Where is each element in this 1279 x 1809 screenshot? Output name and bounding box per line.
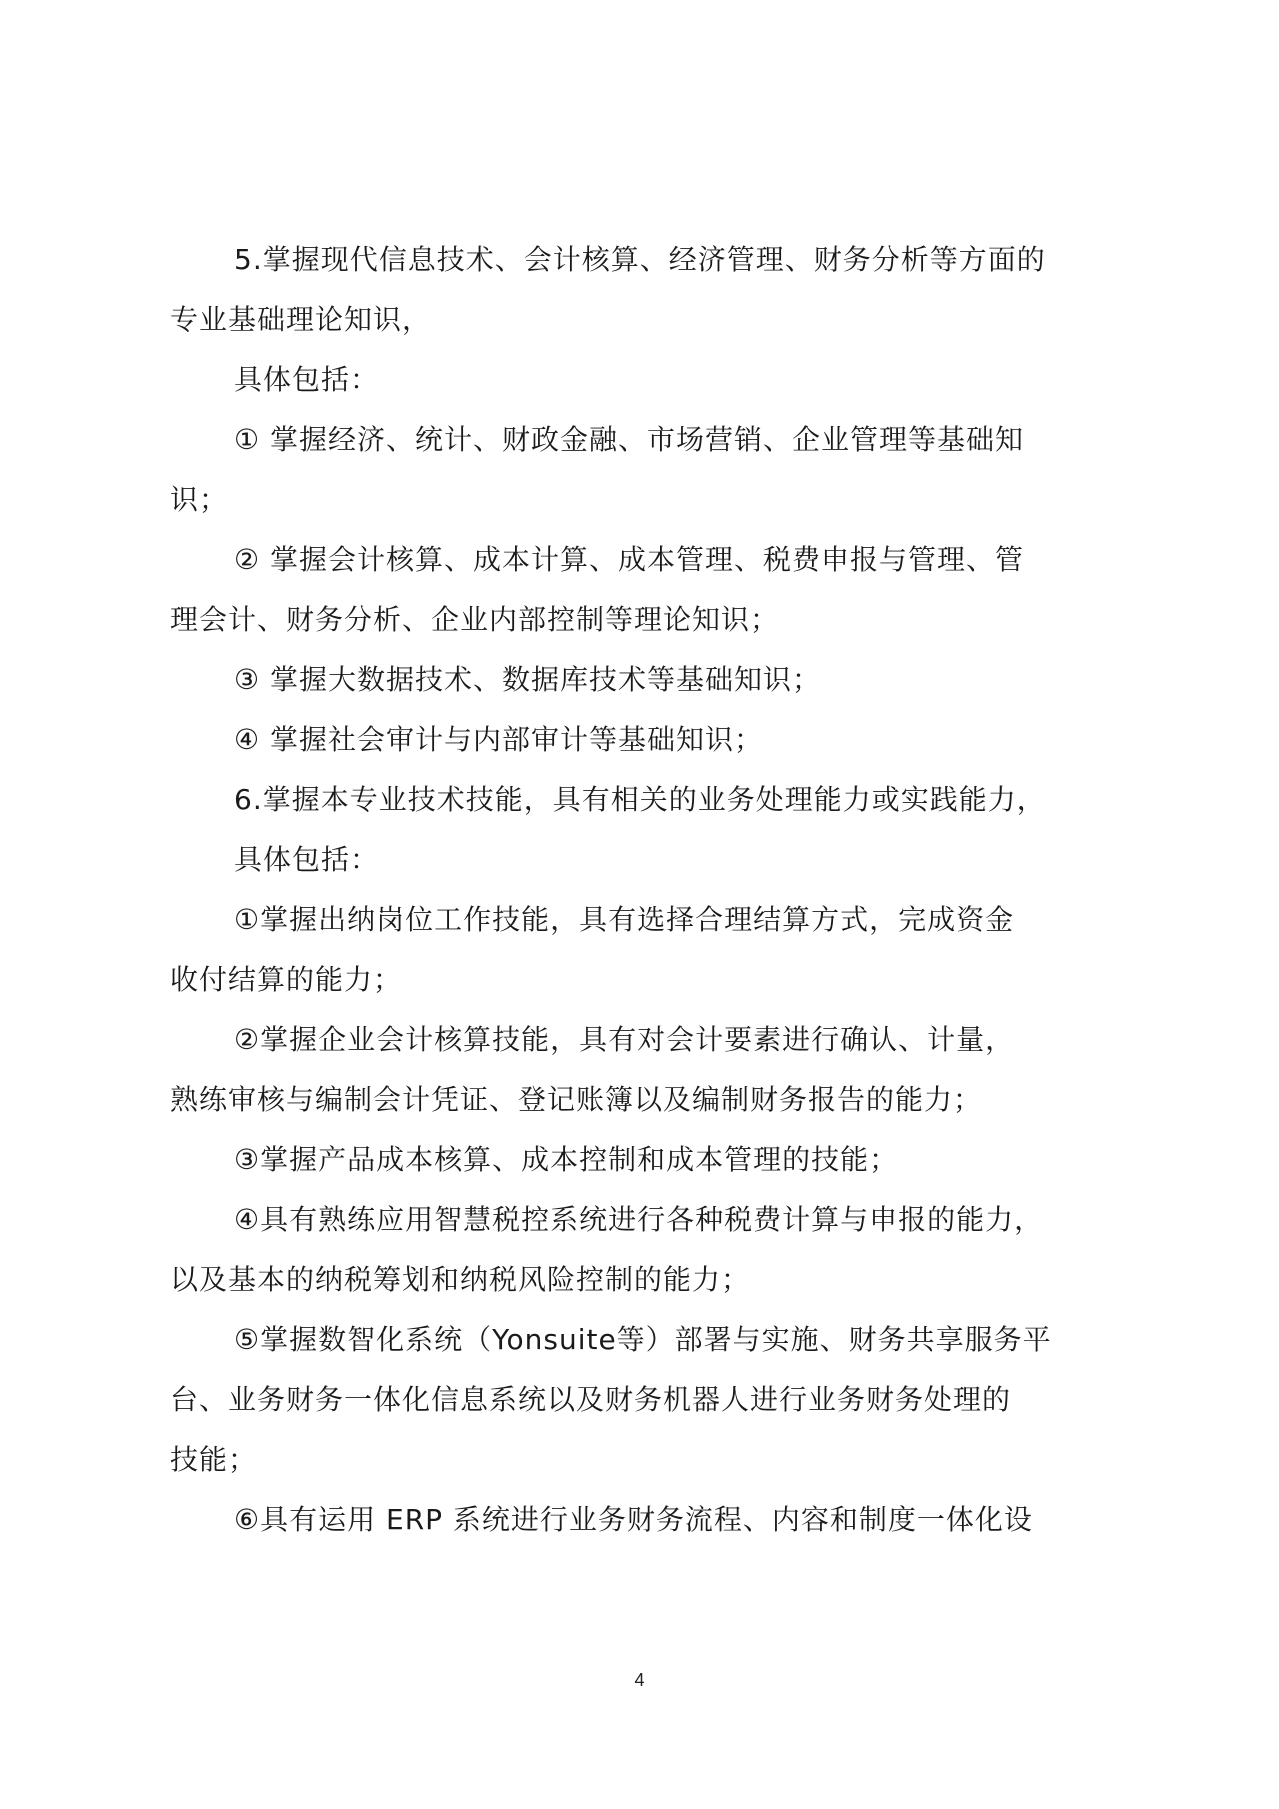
skill-item-3: ③掌握产品成本核算、成本控制和成本管理的技能；: [234, 1140, 898, 1180]
skill-item-1-cont: 收付结算的能力；: [170, 960, 402, 1000]
skill-item-2: ②掌握企业会计核算技能，具有对会计要素进行确认、计量，: [234, 1020, 1014, 1060]
skill-item-4-cont: 以及基本的纳税筹划和纳税风险控制的能力；: [170, 1260, 750, 1300]
skill-item-5-cont: 台、业务财务一体化信息系统以及财务机器人进行业务财务处理的: [170, 1380, 1011, 1420]
paragraph-5-heading: 5.掌握现代信息技术、会计核算、经济管理、财务分析等方面的: [234, 240, 1046, 280]
specifics-label: 具体包括：: [234, 360, 379, 400]
paragraph-6-heading: 6.掌握本专业技术技能，具有相关的业务处理能力或实践能力，: [234, 780, 1046, 820]
skill-item-5-cont-2: 技能；: [170, 1440, 257, 1480]
paragraph-5-heading-cont: 专业基础理论知识，: [170, 300, 431, 340]
specifics-label-2: 具体包括：: [234, 840, 379, 880]
skill-item-5: ⑤掌握数智化系统（Yonsuite等）部署与实施、财务共享服务平: [234, 1320, 1052, 1360]
skill-item-4: ④具有熟练应用智慧税控系统进行各种税费计算与申报的能力，: [234, 1200, 1043, 1240]
skill-item-1: ①掌握出纳岗位工作技能，具有选择合理结算方式，完成资金: [234, 900, 1014, 940]
knowledge-item-4: ④ 掌握社会审计与内部审计等基础知识；: [234, 720, 763, 760]
knowledge-item-2-cont: 理会计、财务分析、企业内部控制等理论知识；: [170, 600, 779, 640]
knowledge-item-3: ③ 掌握大数据技术、数据库技术等基础知识；: [234, 660, 821, 700]
knowledge-item-1: ① 掌握经济、统计、财政金融、市场营销、企业管理等基础知: [234, 420, 1024, 460]
document-page: 5.掌握现代信息技术、会计核算、经济管理、财务分析等方面的 专业基础理论知识， …: [0, 0, 1279, 1809]
page-number: 4: [0, 1670, 1279, 1691]
knowledge-item-1-cont: 识；: [170, 480, 228, 520]
skill-item-6: ⑥具有运用 ERP 系统进行业务财务流程、内容和制度一体化设: [234, 1500, 1033, 1540]
skill-item-2-cont: 熟练审核与编制会计凭证、登记账簿以及编制财务报告的能力；: [170, 1080, 982, 1120]
knowledge-item-2: ② 掌握会计核算、成本计算、成本管理、税费申报与管理、管: [234, 540, 1024, 580]
